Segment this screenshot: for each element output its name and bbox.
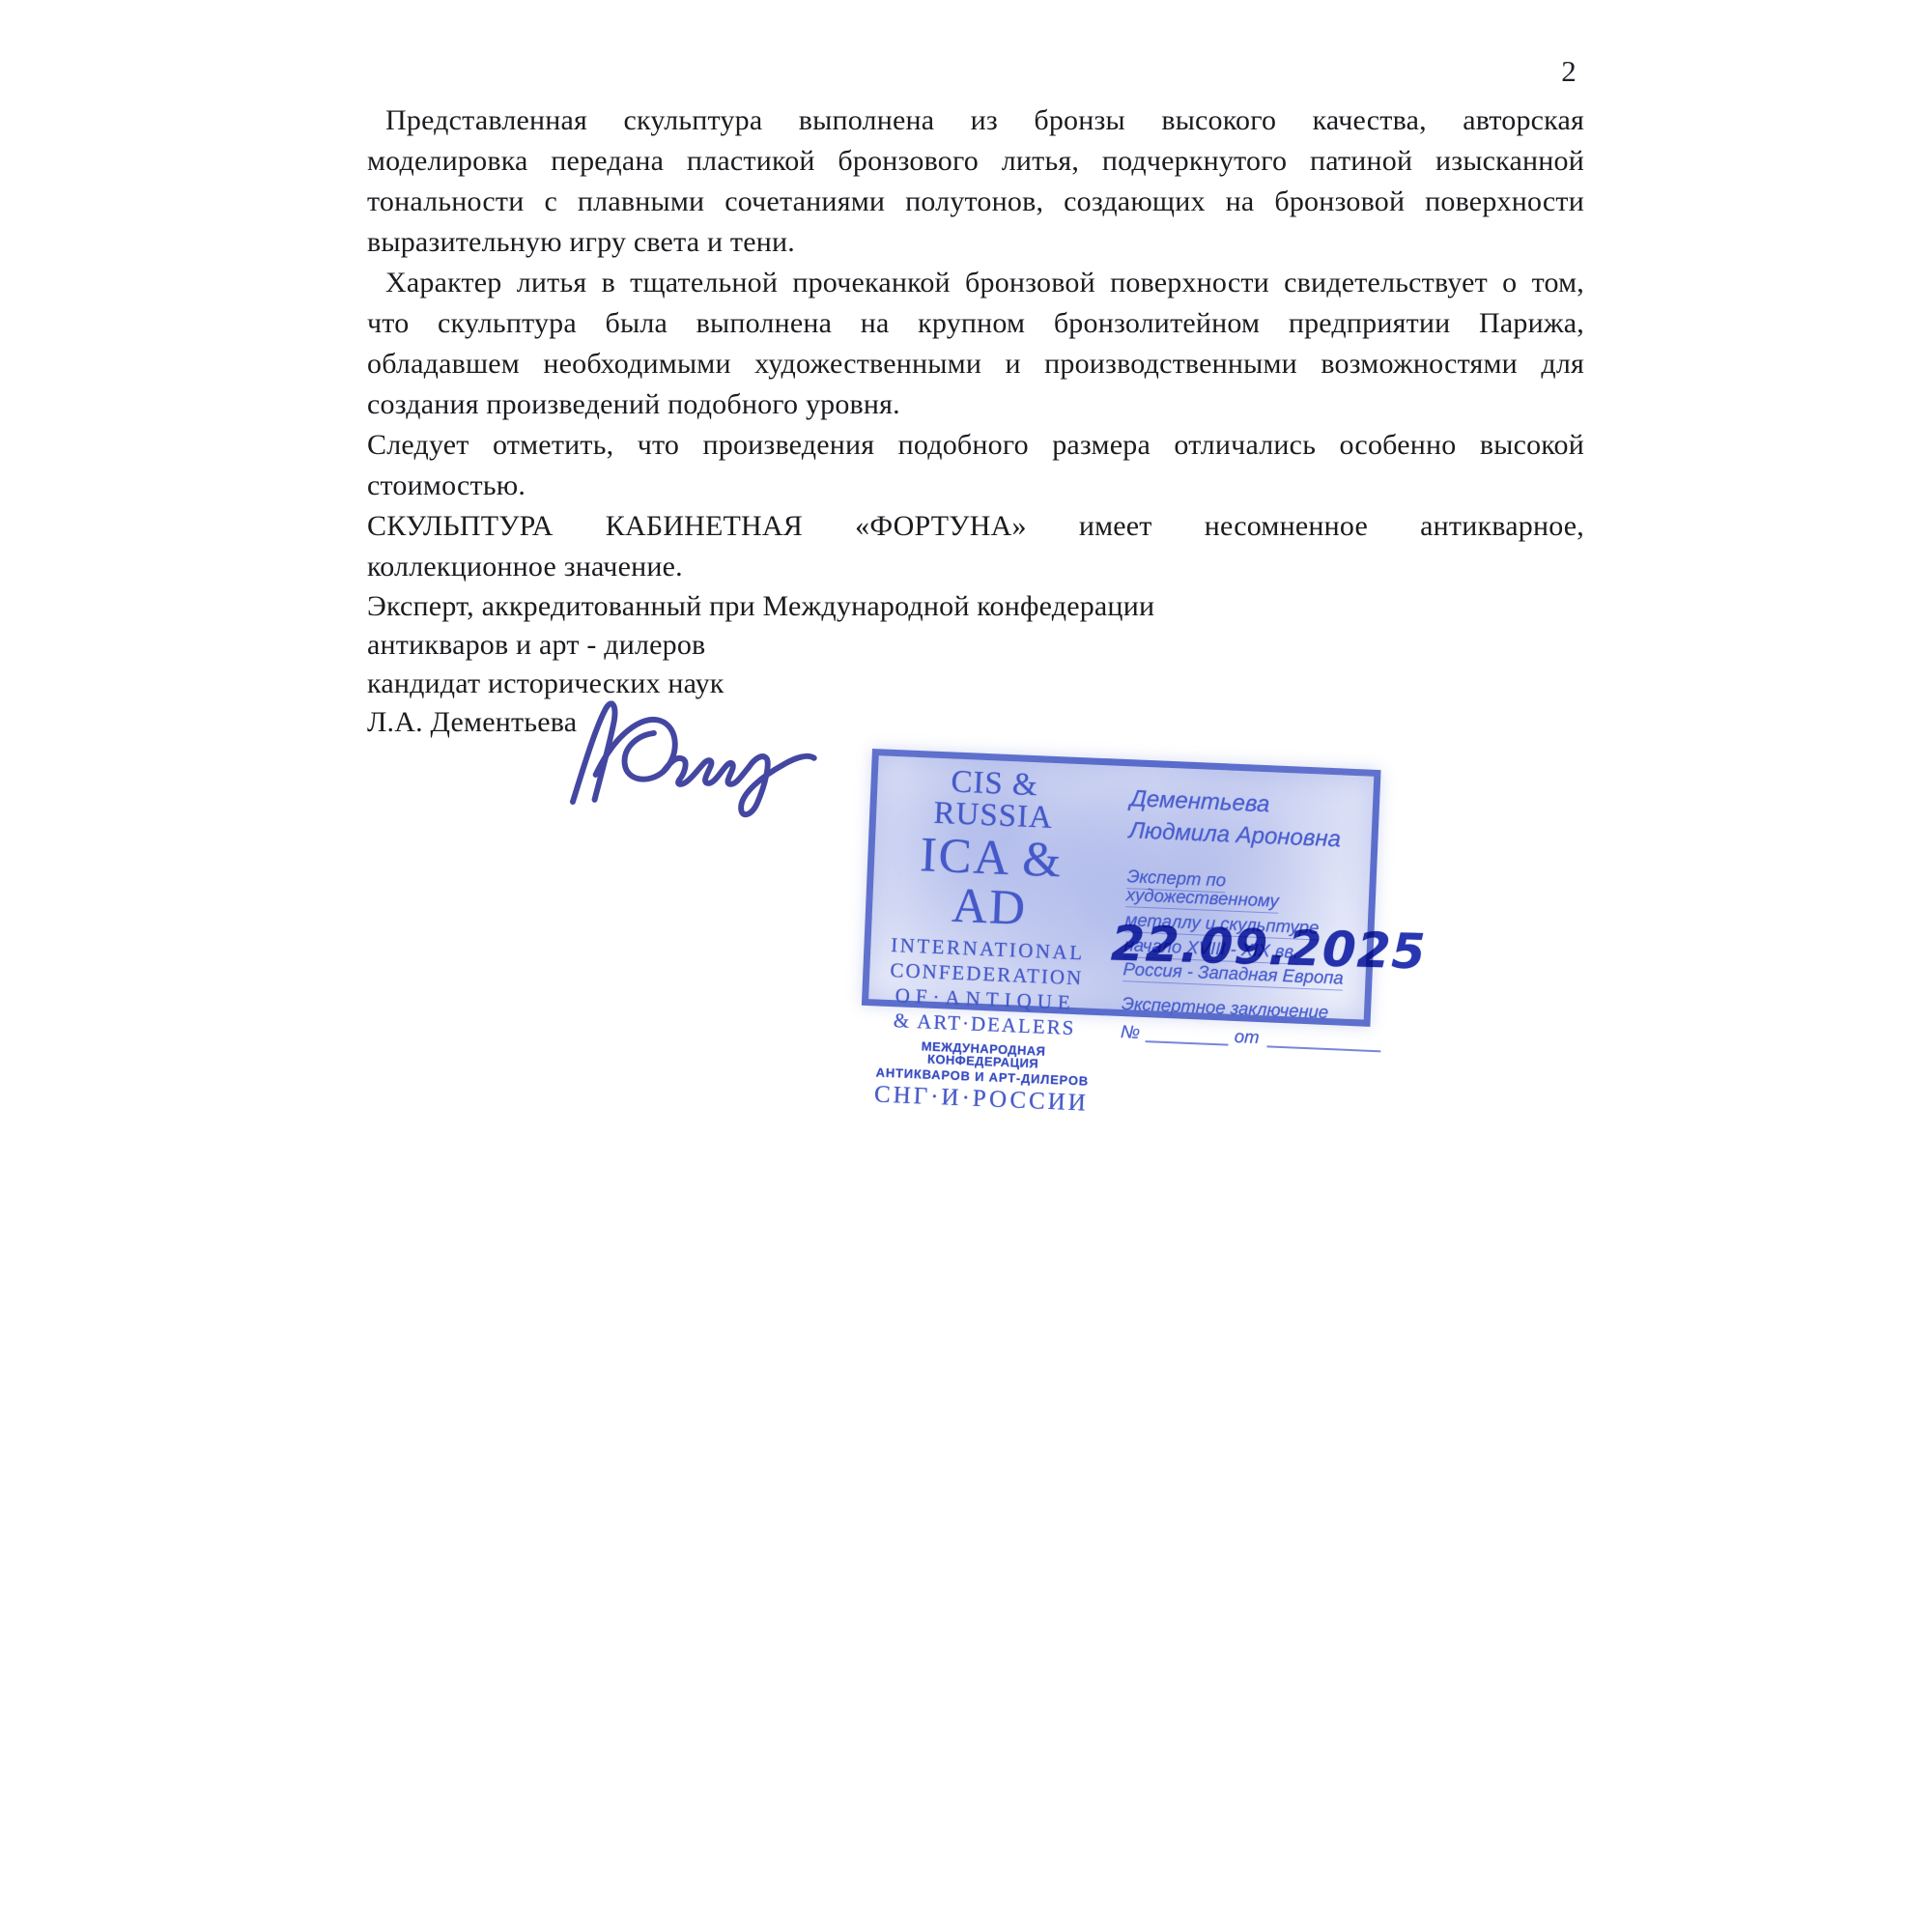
paragraph-expert-credentials: Эксперт, аккредитованный при Международн… xyxy=(367,587,1584,742)
text-line: СКУЛЬПТУРА КАБИНЕТНАЯ «ФОРТУНА» имеет не… xyxy=(367,506,1584,547)
handwritten-date: 22.09.2025 xyxy=(1110,915,1427,980)
paragraph: Характер литья в тщательной прочеканкой … xyxy=(367,263,1584,425)
stamp-expert-role-text: Эксперт по художественному xyxy=(1125,866,1279,913)
stamp-expert-role-line: Эксперт по художественному xyxy=(1126,867,1371,914)
blank-underline xyxy=(1266,1030,1381,1052)
stamp-number-line: №от xyxy=(1121,1023,1365,1051)
text-line: Представленная скульптура выполнена из б… xyxy=(367,100,1584,141)
paragraph: Следует отметить, что произведения подоб… xyxy=(367,425,1584,506)
text-line: Следует отметить, что произведения подоб… xyxy=(367,425,1584,466)
expert-stamp: CIS & RUSSIA ICA & AD INTERNATIONAL CONF… xyxy=(862,749,1381,1027)
stamp-expert-block: Дементьева Людмила Ароновна Эксперт по х… xyxy=(1121,766,1376,1051)
page-number: 2 xyxy=(1546,54,1592,89)
stamp-number-sign: № xyxy=(1121,1021,1141,1042)
stamp-ot-label: от xyxy=(1234,1026,1260,1047)
stamp-org-line: CIS & RUSSIA xyxy=(886,764,1103,837)
stamp-org-line: & ART·DEALERS xyxy=(877,1009,1093,1038)
paragraph-conclusion: СКУЛЬПТУРА КАБИНЕТНАЯ «ФОРТУНА» имеет не… xyxy=(367,506,1584,587)
stamp-org-line-ru: СНГ·И·РОССИИ xyxy=(873,1082,1089,1115)
text-line: Характер литья в тщательной прочеканкой … xyxy=(367,263,1584,303)
scanned-document-page: 2 Представленная скульптура выполнена из… xyxy=(0,0,1932,1932)
stamp-org-acronym: ICA & AD xyxy=(881,830,1099,937)
paragraph: Представленная скульптура выполнена из б… xyxy=(367,100,1584,263)
text-line: Л.А. Дементьева xyxy=(367,703,1584,742)
blank-underline xyxy=(1146,1025,1230,1046)
text-line: кандидат исторических наук xyxy=(367,665,1584,703)
text-line: обладавшем необходимыми художественными … xyxy=(367,344,1584,384)
text-line: Эксперт, аккредитованный при Международн… xyxy=(367,587,1584,626)
text-line: выразительную игру света и тени. xyxy=(367,222,1584,263)
text-line: что скульптура была выполнена на крупном… xyxy=(367,303,1584,344)
text-line: создания произведений подобного уровня. xyxy=(367,384,1584,425)
document-body: Представленная скульптура выполнена из б… xyxy=(367,100,1584,742)
signature-scribble xyxy=(560,694,831,829)
stamp-expert-given-names: Людмила Ароновна xyxy=(1128,819,1373,853)
text-line: стоимостью. xyxy=(367,466,1584,506)
stamp-expert-surname: Дементьева xyxy=(1130,787,1375,821)
stamp-organization-block: CIS & RUSSIA ICA & AD INTERNATIONAL CONF… xyxy=(873,764,1102,1116)
text-line: моделировка передана пластикой бронзовог… xyxy=(367,141,1584,182)
text-line: антикваров и арт - дилеров xyxy=(367,626,1584,665)
text-line: коллекционное значение. xyxy=(367,547,1584,587)
stamp-doc-label: Экспертное заключение xyxy=(1122,995,1366,1023)
text-line: тональности с плавными сочетаниями полут… xyxy=(367,182,1584,222)
